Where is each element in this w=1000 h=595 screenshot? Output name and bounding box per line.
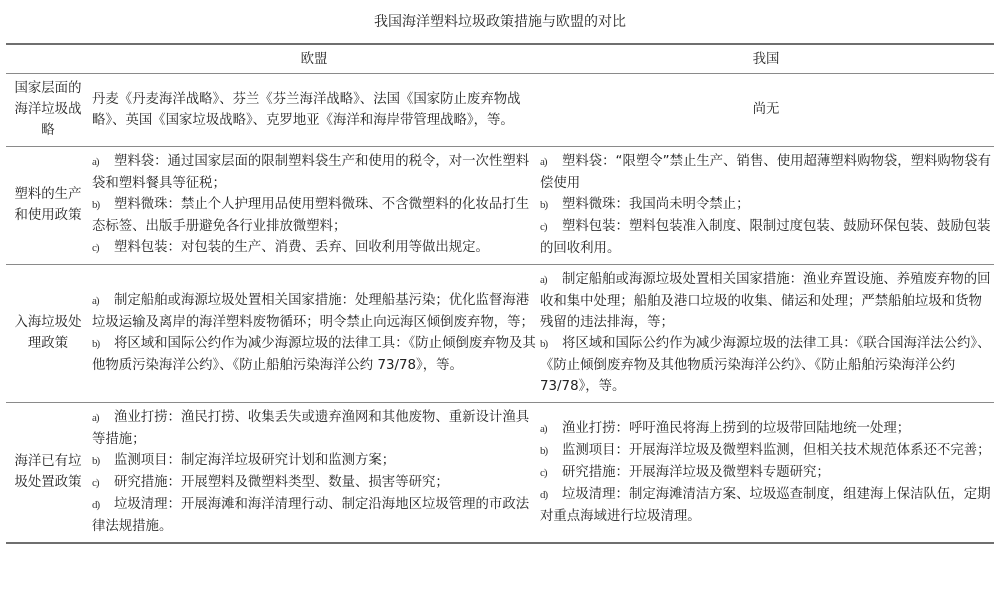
list-item-text: 垃圾清理：开展海滩和海洋清理行动、制定沿海地区垃圾管理的市政法律法规措施。 (92, 497, 529, 534)
row-category: 塑料的生产和使用政策 (6, 147, 90, 265)
list-item: a)制定船舶或海源垃圾处置相关国家措施：处理船基污染；优化监督海港垃圾运输及离岸… (92, 290, 536, 333)
list-marker: d) (92, 495, 102, 516)
list-item-text: 研究措施：开展海洋垃圾及微塑料专题研究； (562, 465, 830, 480)
eu-cell: 丹麦《丹麦海洋战略》、芬兰《芬兰海洋战略》、法国《国家防止废弃物战略》、英国《国… (90, 74, 538, 147)
header-china: 我国 (538, 44, 994, 74)
list-item-text: 塑料袋：“限塑令”禁止生产、销售、使用超薄塑料购物袋，塑料购物袋有偿使用 (540, 154, 991, 191)
eu-cell: a)塑料袋：通过国家层面的限制塑料袋生产和使用的税令，对一次性塑料袋和塑料餐具等… (90, 147, 538, 265)
list-marker: b) (92, 334, 102, 355)
list-item-text: 塑料包装：对包装的生产、消费、丢弃、回收利用等做出规定。 (114, 240, 489, 255)
list-item: c)塑料包装：塑料包装准入制度、限制过度包装、鼓励环保包装、鼓励包装的回收利用。 (540, 216, 992, 259)
china-cell: a)渔业打捞：呼吁渔民将海上捞到的垃圾带回陆地统一处理； b)监测项目：开展海洋… (538, 403, 994, 544)
list-marker: c) (540, 463, 550, 484)
list-item: b)将区域和国际公约作为减少海源垃圾的法律工具：《防止倾倒废弃物及其他物质污染海… (92, 333, 536, 376)
china-cell: a)制定船舶或海源垃圾处置相关国家措施：渔业弃置设施、养殖废弃物的回收和集中处理… (538, 265, 994, 403)
header-eu: 欧盟 (90, 44, 538, 74)
table-row: 海洋已有垃圾处置政策 a)渔业打捞：渔民打捞、收集丢失或遗弃渔网和其他废物、重新… (6, 403, 994, 544)
list-marker: b) (540, 441, 550, 462)
list-marker: c) (540, 217, 550, 238)
list-marker: a) (540, 270, 550, 291)
table-row: 塑料的生产和使用政策 a)塑料袋：通过国家层面的限制塑料袋生产和使用的税令，对一… (6, 147, 994, 265)
list-marker: c) (92, 473, 102, 494)
list-item: b)塑料微珠：禁止个人护理用品使用塑料微珠、不含微塑料的化妆品打生态标签、出版手… (92, 194, 536, 237)
list-marker: a) (92, 152, 102, 173)
row-category: 国家层面的海洋垃圾战略 (6, 74, 90, 147)
list-marker: b) (540, 195, 550, 216)
list-item-text: 监测项目：制定海洋垃圾研究计划和监测方案； (114, 453, 395, 468)
list-marker: c) (92, 238, 102, 259)
list-item-text: 垃圾清理：制定海滩清洁方案、垃圾巡查制度，组建海上保洁队伍，定期对重点海域进行垃… (540, 487, 991, 524)
comparison-table: 欧盟 我国 国家层面的海洋垃圾战略 丹麦《丹麦海洋战略》、芬兰《芬兰海洋战略》、… (6, 43, 994, 544)
list-item: a)渔业打捞：呼吁渔民将海上捞到的垃圾带回陆地统一处理； (540, 418, 992, 440)
list-item-text: 塑料包装：塑料包装准入制度、限制过度包装、鼓励环保包装、鼓励包装的回收利用。 (540, 219, 991, 256)
china-cell: a)塑料袋：“限塑令”禁止生产、销售、使用超薄塑料购物袋，塑料购物袋有偿使用 b… (538, 147, 994, 265)
row-category: 入海垃圾处理政策 (6, 265, 90, 403)
list-item-text: 将区域和国际公约作为减少海源垃圾的法律工具：《防止倾倒废弃物及其他物质污染海洋公… (92, 336, 536, 373)
list-marker: d) (540, 485, 550, 506)
list-marker: b) (540, 334, 550, 355)
table-header-row: 欧盟 我国 (6, 44, 994, 74)
list-marker: a) (540, 152, 550, 173)
list-item-text: 塑料微珠：我国尚未明令禁止； (562, 197, 749, 212)
eu-cell: a)制定船舶或海源垃圾处置相关国家措施：处理船基污染；优化监督海港垃圾运输及离岸… (90, 265, 538, 403)
list-item: a)渔业打捞：渔民打捞、收集丢失或遗弃渔网和其他废物、重新设计渔具等措施； (92, 407, 536, 450)
list-item: b)监测项目：开展海洋垃圾及微塑料监测，但相关技术规范体系还不完善； (540, 440, 992, 462)
list-item: a)塑料袋：“限塑令”禁止生产、销售、使用超薄塑料购物袋，塑料购物袋有偿使用 (540, 151, 992, 194)
list-item: b)塑料微珠：我国尚未明令禁止； (540, 194, 992, 216)
list-item-text: 研究措施：开展塑料及微塑料类型、数量、损害等研究； (114, 475, 449, 490)
list-item-text: 监测项目：开展海洋垃圾及微塑料监测，但相关技术规范体系还不完善； (562, 443, 991, 458)
list-item-text: 将区域和国际公约作为减少海源垃圾的法律工具：《联合国海洋法公约》、《防止倾倒废弃… (540, 336, 991, 394)
table-row: 国家层面的海洋垃圾战略 丹麦《丹麦海洋战略》、芬兰《芬兰海洋战略》、法国《国家防… (6, 74, 994, 147)
list-item: d)垃圾清理：开展海滩和海洋清理行动、制定沿海地区垃圾管理的市政法律法规措施。 (92, 494, 536, 537)
list-item: c)塑料包装：对包装的生产、消费、丢弃、回收利用等做出规定。 (92, 237, 536, 259)
table-row: 入海垃圾处理政策 a)制定船舶或海源垃圾处置相关国家措施：处理船基污染；优化监督… (6, 265, 994, 403)
list-item: b)监测项目：制定海洋垃圾研究计划和监测方案； (92, 450, 536, 472)
list-item-text: 塑料微珠：禁止个人护理用品使用塑料微珠、不含微塑料的化妆品打生态标签、出版手册避… (92, 197, 529, 234)
list-item-text: 制定船舶或海源垃圾处置相关国家措施：处理船基污染；优化监督海港垃圾运输及离岸的海… (92, 293, 534, 330)
list-item-text: 塑料袋：通过国家层面的限制塑料袋生产和使用的税令，对一次性塑料袋和塑料餐具等征税… (92, 154, 529, 191)
header-category (6, 44, 90, 74)
list-item-text: 渔业打捞：呼吁渔民将海上捞到的垃圾带回陆地统一处理； (562, 421, 910, 436)
eu-cell: a)渔业打捞：渔民打捞、收集丢失或遗弃渔网和其他废物、重新设计渔具等措施； b)… (90, 403, 538, 544)
list-item: b)将区域和国际公约作为减少海源垃圾的法律工具：《联合国海洋法公约》、《防止倾倒… (540, 333, 992, 397)
list-marker: a) (92, 408, 102, 429)
row-category: 海洋已有垃圾处置政策 (6, 403, 90, 544)
table-title: 我国海洋塑料垃圾政策措施与欧盟的对比 (0, 12, 1000, 32)
list-item: d)垃圾清理：制定海滩清洁方案、垃圾巡查制度，组建海上保洁队伍，定期对重点海域进… (540, 484, 992, 527)
list-item: a)制定船舶或海源垃圾处置相关国家措施：渔业弃置设施、养殖废弃物的回收和集中处理… (540, 269, 992, 333)
list-marker: a) (92, 291, 102, 312)
list-item-text: 制定船舶或海源垃圾处置相关国家措施：渔业弃置设施、养殖废弃物的回收和集中处理；船… (540, 272, 991, 330)
list-item: a)塑料袋：通过国家层面的限制塑料袋生产和使用的税令，对一次性塑料袋和塑料餐具等… (92, 151, 536, 194)
list-item: c)研究措施：开展塑料及微塑料类型、数量、损害等研究； (92, 472, 536, 494)
list-item-text: 渔业打捞：渔民打捞、收集丢失或遗弃渔网和其他废物、重新设计渔具等措施； (92, 410, 529, 447)
list-marker: b) (92, 195, 102, 216)
china-cell: 尚无 (538, 74, 994, 147)
list-item: c)研究措施：开展海洋垃圾及微塑料专题研究； (540, 462, 992, 484)
list-marker: b) (92, 451, 102, 472)
list-marker: a) (540, 419, 550, 440)
